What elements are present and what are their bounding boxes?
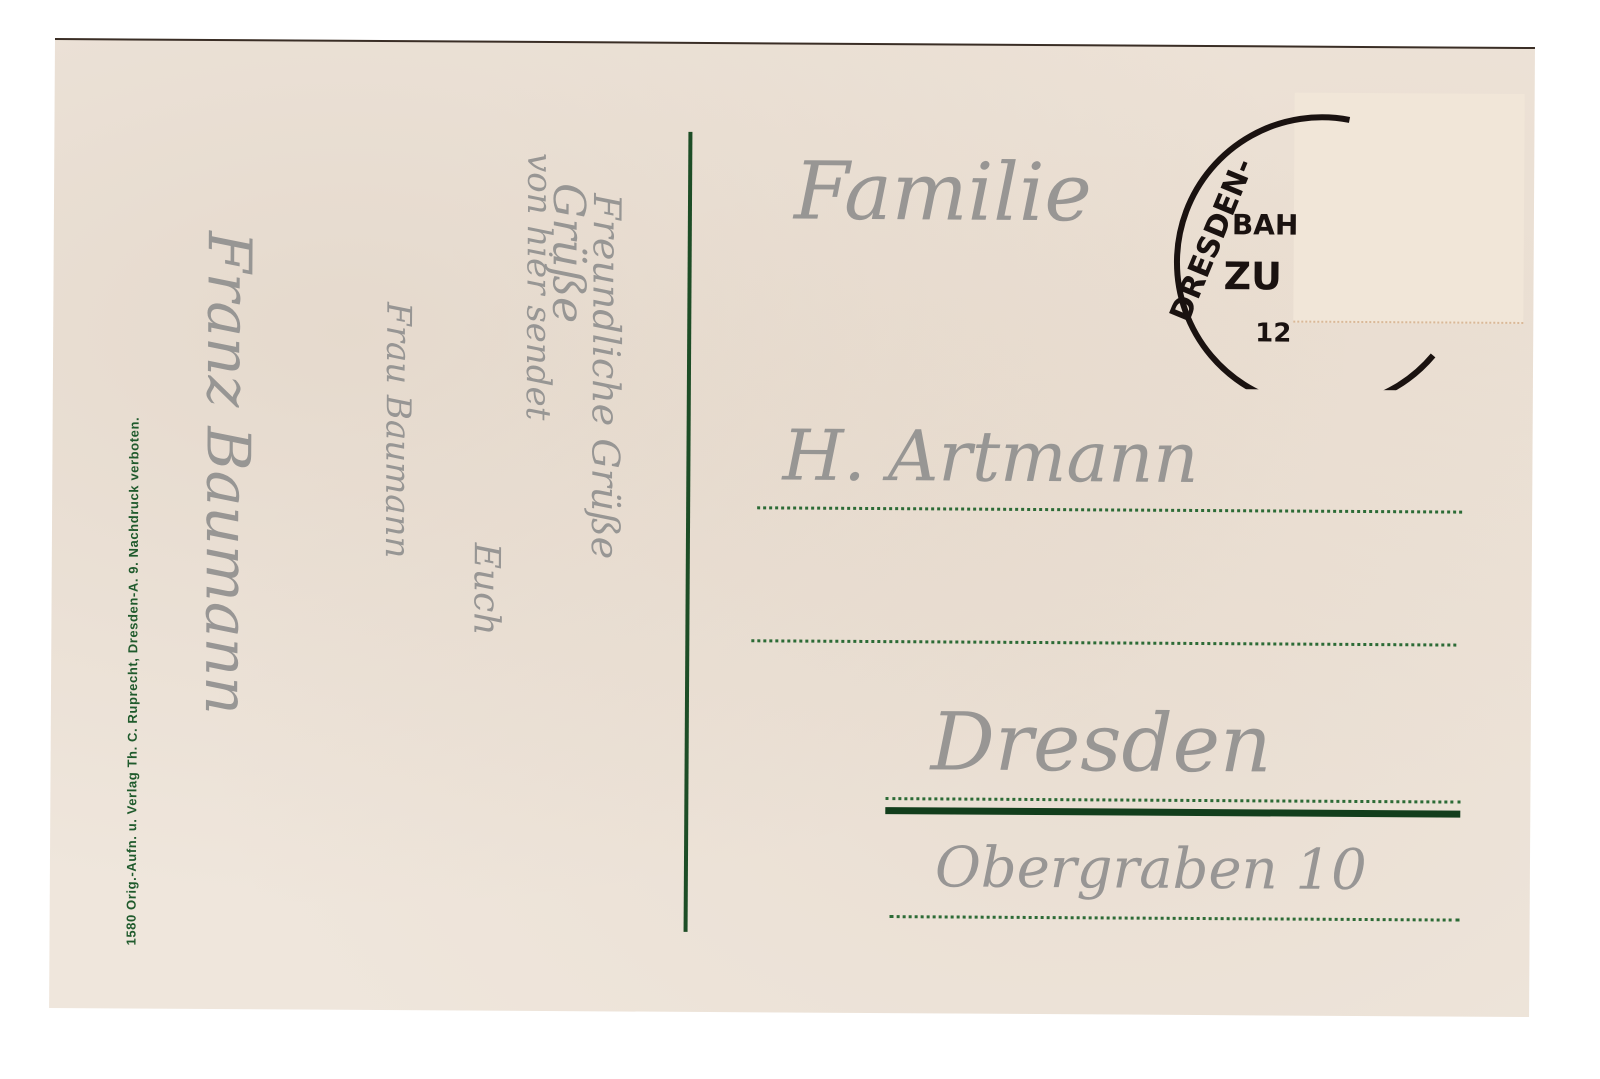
address-line-1: Familie (794, 145, 1092, 240)
svg-text:ZU: ZU (1223, 254, 1282, 298)
address-rule (885, 797, 1460, 804)
message-line: von hier sendet (518, 153, 560, 421)
postcard-back: 1580 Orig.-Aufn. u. Verlag Th. C. Ruprec… (49, 38, 1535, 1017)
center-divider (684, 132, 693, 932)
city-underline (885, 807, 1460, 818)
postmark-icon: DRESDEN- BAH ZU 12 (1143, 89, 1445, 391)
message-line: Euch (465, 543, 507, 636)
message-line: Franz Baumann (191, 231, 264, 715)
address-line-3: Dresden (930, 695, 1271, 790)
message-line: Frau Baumann (377, 302, 419, 559)
message-line: Freundliche Grüße (583, 193, 629, 559)
svg-text:BAH: BAH (1232, 208, 1299, 241)
address-line-2: H. Artmann (782, 414, 1198, 499)
address-rule (757, 506, 1462, 513)
address-rule (890, 915, 1460, 921)
publisher-imprint: 1580 Orig.-Aufn. u. Verlag Th. C. Ruprec… (123, 417, 141, 946)
address-rule (751, 639, 1456, 646)
address-line-4: Obergraben 10 (935, 835, 1367, 903)
svg-text:12: 12 (1255, 318, 1291, 348)
